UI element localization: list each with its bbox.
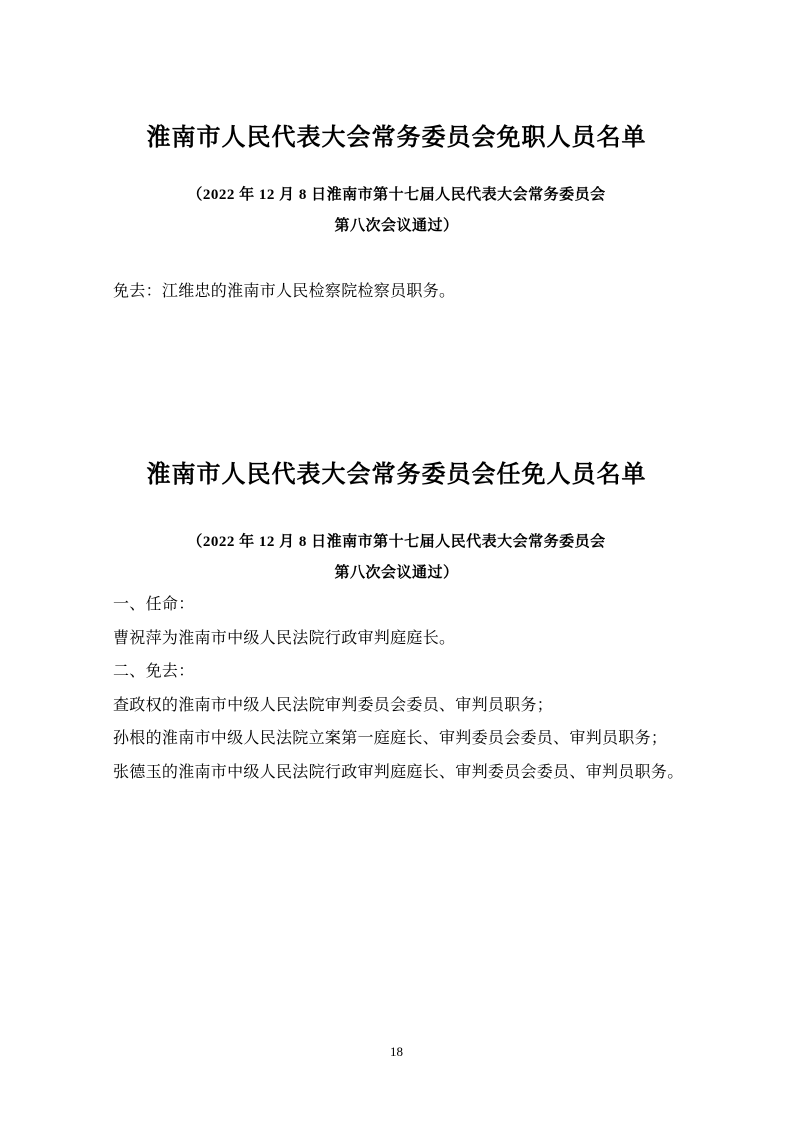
appointment-section-heading: 一、任命： [113,588,688,622]
dismissal-section-heading: 二、免去： [113,655,688,689]
appointment-dismissal-list-title: 淮南市人民代表大会常务委员会任免人员名单 [0,460,793,490]
appointment-item: 曹祝萍为淮南市中级人民法院行政审判庭庭长。 [113,622,688,656]
dismissal-item: 查政权的淮南市中级人民法院审判委员会委员、审判员职务； [113,689,688,723]
dismissal-list-title: 淮南市人民代表大会常务委员会免职人员名单 [0,123,793,153]
dismissal-list-body: 免去：江维忠的淮南市人民检察院检察员职务。 [113,275,688,309]
dismissal-list-subtitle-line2: 第八次会议通过） [0,217,793,236]
dismissal-item: 张德玉的淮南市中级人民法院行政审判庭庭长、审判委员会委员、审判员职务。 [113,756,688,790]
dismissal-item: 免去：江维忠的淮南市人民检察院检察员职务。 [113,275,688,309]
dismissal-item: 孙根的淮南市中级人民法院立案第一庭庭长、审判委员会委员、审判员职务； [113,722,688,756]
appointment-dismissal-list-subtitle-line1: （2022 年 12 月 8 日淮南市第十七届人民代表大会常务委员会 [0,533,793,552]
appointment-dismissal-list-body: 一、任命： 曹祝萍为淮南市中级人民法院行政审判庭庭长。 二、免去： 查政权的淮南… [113,588,688,789]
dismissal-list-subtitle-line1: （2022 年 12 月 8 日淮南市第十七届人民代表大会常务委员会 [0,186,793,205]
page-number: 18 [0,1044,793,1060]
appointment-dismissal-list-subtitle-line2: 第八次会议通过） [0,564,793,583]
document-page: 淮南市人民代表大会常务委员会免职人员名单 （2022 年 12 月 8 日淮南市… [0,0,793,1122]
